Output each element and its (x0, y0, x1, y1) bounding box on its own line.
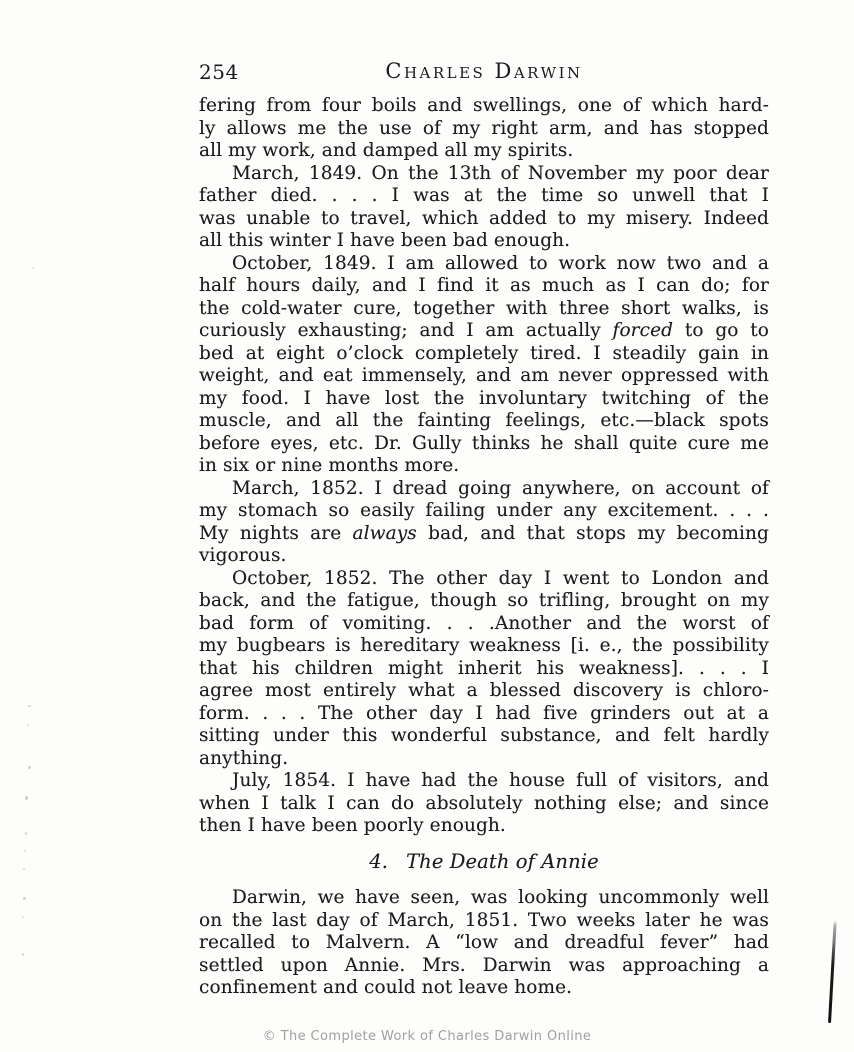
scan-speck (27, 724, 29, 726)
text-line: muscle, and all the fainting feelings, e… (199, 410, 769, 433)
scan-artifact-line (828, 920, 837, 1023)
body-text: fering from four boils and swellings, on… (199, 95, 769, 1000)
text-line: father died. . . . I was at the time so … (199, 185, 769, 208)
text-line: all my work, and damped all my spirits. (199, 140, 769, 163)
scan-speck (23, 868, 25, 870)
scan-speck (22, 953, 24, 956)
text-line: agree most entirely what a blessed disco… (199, 680, 769, 703)
text-line: vigorous. (199, 545, 769, 568)
text-line: March, 1849. On the 13th of November my … (199, 163, 769, 186)
text-line: bed at eight o’clock completely tired. I… (199, 343, 769, 366)
paragraph: March, 1849. On the 13th of November my … (199, 163, 769, 253)
text-line: in six or nine months more. (199, 455, 769, 478)
scan-speck (25, 796, 28, 800)
text-line: July, 1854. I have had the house full of… (199, 770, 769, 793)
text-line: back, and the fatigue, though so triflin… (199, 590, 769, 613)
scan-speck (32, 267, 34, 269)
text-line: settled upon Annie. Mrs. Darwin was appr… (199, 955, 769, 978)
text-line: my stomach so easily failing under any e… (199, 500, 769, 523)
text-line: March, 1852. I dread going anywhere, on … (199, 478, 769, 501)
scan-speck (25, 832, 27, 835)
text-line: my bugbears is hereditary weakness [i. e… (199, 635, 769, 658)
page-number: 254 (199, 60, 239, 84)
page-header: 254 Charles Darwin (199, 60, 769, 86)
section-title: The Death of Annie (406, 850, 599, 873)
scan-speck (23, 897, 26, 900)
text-line: that his children might inherit his weak… (199, 658, 769, 681)
text-line: then I have been poorly enough. (199, 815, 769, 838)
text-line: on the last day of March, 1851. Two week… (199, 910, 769, 933)
paragraph-group-2: Darwin, we have seen, was looking uncomm… (199, 887, 769, 1000)
text-line: before eyes, etc. Dr. Gully thinks he sh… (199, 433, 769, 456)
text-line: October, 1852. The other day I went to L… (199, 568, 769, 591)
footer-credit: © The Complete Work of Charles Darwin On… (0, 1029, 854, 1044)
paragraph: Darwin, we have seen, was looking uncomm… (199, 887, 769, 1000)
paragraph: fering from four boils and swellings, on… (199, 95, 769, 163)
section-number: 4. (369, 850, 388, 873)
text-line: My nights are always bad, and that stops… (199, 523, 769, 546)
text-line: form. . . . The other day I had five gri… (199, 703, 769, 726)
text-line: all this winter I have been bad enough. (199, 230, 769, 253)
paragraph: October, 1852. The other day I went to L… (199, 568, 769, 771)
text-line: confinement and could not leave home. (199, 977, 769, 1000)
scan-speck (28, 766, 31, 769)
paragraph-group-1: fering from four boils and swellings, on… (199, 95, 769, 838)
text-line: Darwin, we have seen, was looking uncomm… (199, 887, 769, 910)
text-line: half hours daily, and I find it as much … (199, 275, 769, 298)
text-line: was unable to travel, which added to my … (199, 208, 769, 231)
text-line: October, 1849. I am allowed to work now … (199, 253, 769, 276)
book-page: 254 Charles Darwin fering from four boil… (0, 0, 854, 1052)
text-line: anything. (199, 748, 769, 771)
paragraph: October, 1849. I am allowed to work now … (199, 253, 769, 478)
text-column: 254 Charles Darwin fering from four boil… (199, 60, 769, 1000)
scan-speck (22, 916, 24, 918)
paragraph: July, 1854. I have had the house full of… (199, 770, 769, 838)
text-line: fering from four boils and swellings, on… (199, 95, 769, 118)
text-line: my food. I have lost the involuntary twi… (199, 388, 769, 411)
text-line: weight, and eat immensely, and am never … (199, 365, 769, 388)
text-line: the cold-water cure, together with three… (199, 298, 769, 321)
text-line: recalled to Malvern. A “low and dreadful… (199, 932, 769, 955)
section-heading: 4.The Death of Annie (199, 851, 769, 874)
scan-speck (28, 705, 31, 707)
paragraph: March, 1852. I dread going anywhere, on … (199, 478, 769, 568)
scan-speck (24, 850, 26, 852)
text-line: curiously exhausting; and I am actually … (199, 320, 769, 343)
text-line: sitting under this wonderful substance, … (199, 725, 769, 748)
text-line: ly allows me the use of my right arm, an… (199, 118, 769, 141)
text-line: when I talk I can do absolutely nothing … (199, 793, 769, 816)
running-head: Charles Darwin (385, 59, 582, 83)
text-line: bad form of vomiting. . . .Another and t… (199, 613, 769, 636)
